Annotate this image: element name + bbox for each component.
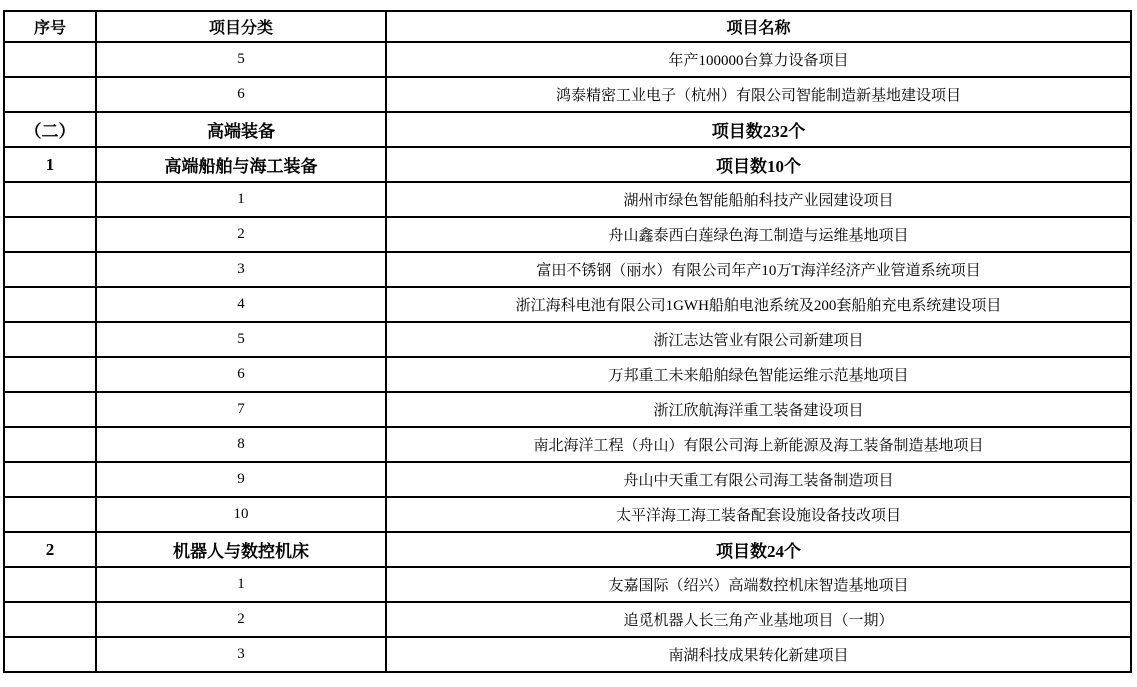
cell-category: 3 — [96, 637, 386, 672]
table-row: 9舟山中天重工有限公司海工装备制造项目 — [4, 462, 1131, 497]
document-page: 序号 项目分类 项目名称 5年产100000台算力设备项目6鸿泰精密工业电子（杭… — [0, 0, 1137, 687]
cell-index — [4, 322, 96, 357]
cell-name: 南湖科技成果转化新建项目 — [386, 637, 1131, 672]
header-cell-name: 项目名称 — [386, 11, 1131, 42]
cell-name: 鸿泰精密工业电子（杭州）有限公司智能制造新基地建设项目 — [386, 77, 1131, 112]
cell-name: 湖州市绿色智能船舶科技产业园建设项目 — [386, 182, 1131, 217]
cell-category: 1 — [96, 182, 386, 217]
cell-category: 1 — [96, 567, 386, 602]
cell-category: 6 — [96, 357, 386, 392]
table-row: 6鸿泰精密工业电子（杭州）有限公司智能制造新基地建设项目 — [4, 77, 1131, 112]
cell-name: 项目数232个 — [386, 112, 1131, 147]
cell-index — [4, 462, 96, 497]
cell-category: 3 — [96, 252, 386, 287]
cell-name: 友嘉国际（绍兴）高端数控机床智造基地项目 — [386, 567, 1131, 602]
cell-index — [4, 252, 96, 287]
cell-category: 8 — [96, 427, 386, 462]
cell-category: 2 — [96, 217, 386, 252]
cell-index — [4, 357, 96, 392]
header-cell-index: 序号 — [4, 11, 96, 42]
cell-category: 5 — [96, 42, 386, 77]
cell-category: 9 — [96, 462, 386, 497]
cell-index — [4, 392, 96, 427]
table-row: 1友嘉国际（绍兴）高端数控机床智造基地项目 — [4, 567, 1131, 602]
cell-category: 机器人与数控机床 — [96, 532, 386, 567]
header-cell-category: 项目分类 — [96, 11, 386, 42]
table-header: 序号 项目分类 项目名称 — [4, 11, 1131, 42]
cell-category: 2 — [96, 602, 386, 637]
table-row: 1湖州市绿色智能船舶科技产业园建设项目 — [4, 182, 1131, 217]
table-row: 3南湖科技成果转化新建项目 — [4, 637, 1131, 672]
cell-name: 舟山中天重工有限公司海工装备制造项目 — [386, 462, 1131, 497]
project-list-table: 序号 项目分类 项目名称 5年产100000台算力设备项目6鸿泰精密工业电子（杭… — [3, 10, 1132, 673]
table-row: 10太平洋海工海工装备配套设施设备技改项目 — [4, 497, 1131, 532]
cell-name: 浙江海科电池有限公司1GWH船舶电池系统及200套船舶充电系统建设项目 — [386, 287, 1131, 322]
cell-name: 浙江欣航海洋重工装备建设项目 — [386, 392, 1131, 427]
cell-name: 富田不锈钢（丽水）有限公司年产10万T海洋经济产业管道系统项目 — [386, 252, 1131, 287]
cell-name: 浙江志达管业有限公司新建项目 — [386, 322, 1131, 357]
table-row: 2追觅机器人长三角产业基地项目（一期） — [4, 602, 1131, 637]
section-row: 1高端船舶与海工装备项目数10个 — [4, 147, 1131, 182]
table-row: 8南北海洋工程（舟山）有限公司海上新能源及海工装备制造基地项目 — [4, 427, 1131, 462]
table-row: 4浙江海科电池有限公司1GWH船舶电池系统及200套船舶充电系统建设项目 — [4, 287, 1131, 322]
cell-name: 舟山鑫泰西白莲绿色海工制造与运维基地项目 — [386, 217, 1131, 252]
cell-index: （二） — [4, 112, 96, 147]
cell-index — [4, 217, 96, 252]
section-row: （二）高端装备项目数232个 — [4, 112, 1131, 147]
cell-category: 6 — [96, 77, 386, 112]
cell-name: 太平洋海工海工装备配套设施设备技改项目 — [386, 497, 1131, 532]
cell-index — [4, 182, 96, 217]
table-row: 2舟山鑫泰西白莲绿色海工制造与运维基地项目 — [4, 217, 1131, 252]
cell-category: 高端装备 — [96, 112, 386, 147]
header-row: 序号 项目分类 项目名称 — [4, 11, 1131, 42]
cell-index — [4, 427, 96, 462]
cell-category: 高端船舶与海工装备 — [96, 147, 386, 182]
table-row: 6万邦重工未来船舶绿色智能运维示范基地项目 — [4, 357, 1131, 392]
table-row: 5浙江志达管业有限公司新建项目 — [4, 322, 1131, 357]
section-row: 2机器人与数控机床项目数24个 — [4, 532, 1131, 567]
cell-index — [4, 77, 96, 112]
cell-name: 项目数24个 — [386, 532, 1131, 567]
cell-name: 项目数10个 — [386, 147, 1131, 182]
cell-category: 7 — [96, 392, 386, 427]
cell-index: 2 — [4, 532, 96, 567]
cell-index — [4, 287, 96, 322]
table-row: 3富田不锈钢（丽水）有限公司年产10万T海洋经济产业管道系统项目 — [4, 252, 1131, 287]
cell-index — [4, 497, 96, 532]
cell-index — [4, 42, 96, 77]
cell-category: 4 — [96, 287, 386, 322]
cell-category: 10 — [96, 497, 386, 532]
cell-index: 1 — [4, 147, 96, 182]
cell-category: 5 — [96, 322, 386, 357]
table-row: 5年产100000台算力设备项目 — [4, 42, 1131, 77]
table-row: 7浙江欣航海洋重工装备建设项目 — [4, 392, 1131, 427]
cell-name: 年产100000台算力设备项目 — [386, 42, 1131, 77]
cell-name: 追觅机器人长三角产业基地项目（一期） — [386, 602, 1131, 637]
cell-name: 南北海洋工程（舟山）有限公司海上新能源及海工装备制造基地项目 — [386, 427, 1131, 462]
table-body: 5年产100000台算力设备项目6鸿泰精密工业电子（杭州）有限公司智能制造新基地… — [4, 42, 1131, 672]
cell-index — [4, 567, 96, 602]
cell-name: 万邦重工未来船舶绿色智能运维示范基地项目 — [386, 357, 1131, 392]
cell-index — [4, 602, 96, 637]
cell-index — [4, 637, 96, 672]
